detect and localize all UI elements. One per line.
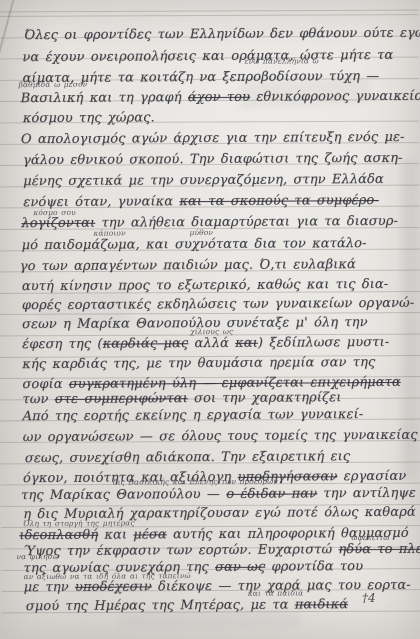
manuscript-line: των στε συμπεριφώνται σοι την χαρακτηρίζ…	[22, 390, 341, 407]
manuscript-line: κόσμου της χώρας.	[23, 110, 155, 126]
interlinear-insertion: και τα παιδιά	[248, 588, 304, 597]
manuscript-line: Όλες οι φροντίδες των Ελληνίδων δεν φθάν…	[24, 26, 420, 43]
handwritten-text: να έχουν ονειροπολήσεις και οράματα, ώστ…	[22, 48, 393, 65]
manuscript-line: Ύψος την έκφρασιν των εορτών. Ευχαριστώ …	[23, 542, 420, 560]
manuscript-line: Από της εορτής εκείνης η εργασία των γυν…	[23, 407, 364, 424]
handwritten-text: Όλες οι φροντίδες των Ελληνίδων δεν φθάν…	[24, 26, 420, 43]
struck-text: υποδέχεσιν	[75, 579, 152, 594]
handwritten-text: με την	[24, 580, 75, 595]
handwritten-text: σοι την χαρακτηρίζει	[188, 390, 342, 406]
handwritten-text: και	[98, 527, 133, 542]
handwritten-text: βαθμίδα ω μέσον	[19, 80, 88, 89]
handwritten-text: εθνικόφρονος γυναικείου	[250, 89, 420, 105]
struck-text: λογίζονται	[21, 216, 95, 231]
handwritten-text: χίλιους ως	[190, 327, 233, 336]
struck-text: στε συμπεριφώνται	[55, 391, 188, 407]
handwritten-text: εργασίαν	[337, 469, 406, 484]
manuscript-line: σμού της Ημέρας της Μητέρας, με τα παιδι…	[26, 597, 348, 614]
handwritten-text: σμού της Ημέρας της Μητέρας, με τα	[26, 597, 295, 614]
manuscript-line: αυτή κίνησιν προς το εξωτερικό, καθώς κα…	[22, 277, 389, 294]
handwritten-text: δις Βασιλικής και Ελένης των προέδρων	[113, 477, 278, 487]
manuscript-line: μό παιδομάζωμα, και συχνότατα δια τον κα…	[21, 236, 366, 253]
handwritten-text: την αντίληψε όλη	[317, 486, 420, 502]
handwritten-text: μύθον	[189, 228, 213, 237]
handwritten-text: Από της εορτής εκείνης η εργασία των γυν…	[23, 407, 364, 424]
manuscript-line: να έχουν ονειροπολήσεις και οράματα, ώστ…	[22, 48, 393, 65]
manuscript-page: Όλες οι φροντίδες των Ελληνίδων δεν φθάν…	[0, 0, 420, 639]
struck-text: μέσα	[133, 527, 167, 542]
handwritten-text: σεως, συνεχίσθη αδιάκοπα. Την εξαιρετική…	[25, 449, 350, 466]
handwritten-text: έφεση της (	[22, 337, 103, 352]
handwritten-text: ων οργανώσεων — σε όλους τους τομείς της…	[23, 428, 420, 446]
struck-text: σαν ως	[215, 560, 265, 575]
handwritten-text: και τα παιδιά	[248, 588, 304, 597]
interlinear-insertion: κάποιον	[93, 229, 125, 238]
handwritten-text: αυτή κίνησιν προς το εξωτερικό, καθώς κα…	[22, 277, 389, 294]
manuscript-line: με την υποδέχεσιν διέκοψε — την χαρά μας…	[24, 578, 411, 595]
struck-text: ιδεοπλασθή	[19, 528, 98, 543]
interlinear-insertion: χίλιους ως	[190, 327, 233, 336]
handwritten-text: των	[22, 392, 54, 407]
manuscript-line: γο των αρπαγέντων παιδιών μας. Ό,τι ευλα…	[20, 257, 356, 274]
interlinear-insertion: δις Βασιλικής και Ελένης των προέδρων	[113, 477, 278, 487]
struck-text: ο έδιδαν παν	[226, 486, 317, 502]
handwritten-text: Ο απολογισμός αγών άρχισε για την επίτευ…	[21, 130, 405, 147]
handwritten-text: φροντίδα του	[265, 559, 363, 575]
manuscript-line: Βασιλική και τη γραφή άχον του εθνικόφρο…	[21, 89, 420, 107]
handwritten-text: αλλά	[188, 336, 235, 351]
struck-text: και	[235, 336, 258, 351]
manuscript-line: της Μαρίκας Θανοπούλου — ο έδιδαν παν τη…	[21, 486, 420, 504]
handwritten-text: της Μαρίκας Θανοπούλου —	[21, 487, 226, 503]
manuscript-line: κής καρδιάς της, με την θαυμάσια ηρεμία …	[22, 355, 375, 372]
manuscript-line: σεως, συνεχίσθη αδιάκοπα. Την εξαιρετική…	[25, 449, 350, 466]
manuscript-line: ενόψει όταν, γυναίκα και τα σκοπούς τα σ…	[23, 193, 379, 210]
handwritten-text: ωφελείτω	[351, 533, 389, 542]
manuscript-line: ιδεοπλασθή και μέσα αυτής και πληροφορικ…	[19, 526, 408, 543]
manuscript-line: φορές εορταστικές εκδηλώσεις των γυναικε…	[22, 296, 414, 313]
manuscript-line: Ο απολογισμός αγών άρχισε για την επίτευ…	[21, 130, 405, 147]
handwritten-text: κόσμο σου	[33, 208, 75, 217]
handwriting-layer: Όλες οι φροντίδες των Ελληνίδων δεν φθάν…	[0, 0, 420, 639]
handwritten-text: Ύψος την έκφρασιν των εορτών. Ευχαριστώ	[23, 542, 338, 559]
handwritten-text: μό παιδομάζωμα, και συχνότατα δια τον κα…	[21, 236, 366, 253]
manuscript-line: ων οργανώσεων — σε όλους τους τομείς της…	[23, 428, 420, 446]
handwritten-text: ) ξεδίπλωσε μυστι-	[258, 335, 389, 351]
interlinear-insertion: μύθον	[189, 228, 213, 237]
handwritten-text: γο των αρπαγέντων παιδιών μας. Ό,τι ευλα…	[20, 257, 356, 274]
handwritten-text: ενώ πανελλήνια ω	[244, 56, 318, 65]
handwritten-text: να φιλήσω	[16, 552, 59, 561]
manuscript-line: σοφία συγκρατημένη ύλη — εμφανίζεται επι…	[22, 375, 400, 392]
struck-text: ηδύα το πλείον	[338, 542, 420, 558]
interlinear-insertion: κόσμο σου	[33, 208, 75, 217]
handwritten-text: μένης σχετικά με την συνεργαζόμενη, στην…	[23, 172, 384, 189]
handwritten-text: την αλήθεια διαμαρτύρεται για τα διασυρ-	[95, 214, 398, 231]
handwritten-text: Βασιλική και τη γραφή	[21, 90, 188, 106]
interlinear-insertion: να φιλήσω	[16, 552, 59, 561]
handwritten-text: κόσμου της χώρας.	[23, 110, 155, 126]
page-number-mark: †4	[362, 591, 376, 605]
handwritten-text: γάλου εθνικού σκοπού. Την διαφώτισι της …	[23, 151, 403, 168]
manuscript-line: γάλου εθνικού σκοπού. Την διαφώτισι της …	[23, 151, 403, 168]
struck-text: συγκρατημένη ύλη — εμφανίζεται επιχειρήμ…	[69, 375, 401, 392]
struck-text: άχον του	[188, 90, 250, 105]
handwritten-text: κάποιον	[93, 229, 125, 238]
handwritten-text: κής καρδιάς της, με την θαυμάσια ηρεμία …	[22, 355, 375, 372]
interlinear-insertion: ωφελείτω	[351, 533, 389, 542]
interlinear-insertion: ενώ πανελλήνια ω	[244, 56, 318, 65]
handwritten-text: φορές εορταστικές εκδηλώσεις των γυναικε…	[22, 296, 414, 313]
struck-text: και τα σκοπούς τα συμφέρο-	[179, 193, 379, 209]
handwritten-text: σοφία	[22, 377, 69, 392]
struck-text: καρδιάς μας	[103, 336, 189, 352]
struck-text: παιδικά	[295, 597, 348, 612]
manuscript-line: μένης σχετικά με την συνεργαζόμενη, στην…	[23, 172, 384, 189]
manuscript-line: έφεση της (καρδιάς μας αλλά και) ξεδίπλω…	[22, 335, 389, 352]
interlinear-insertion: βαθμίδα ω μέσον	[19, 80, 88, 89]
